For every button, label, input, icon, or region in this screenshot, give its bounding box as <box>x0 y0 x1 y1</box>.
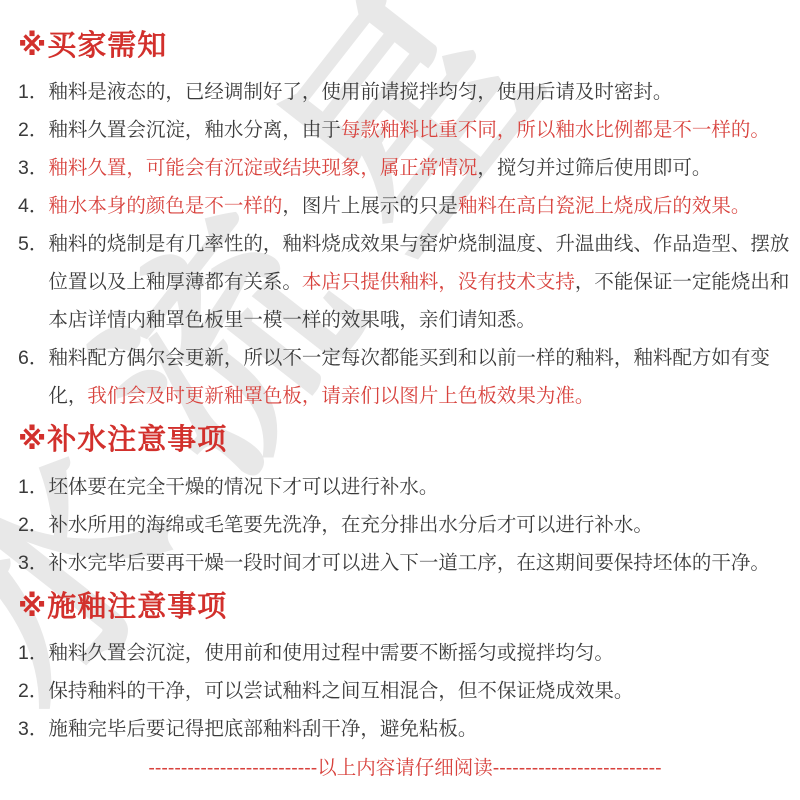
text-segment-red: 本店只提供釉料，没有技术支持 <box>302 271 575 293</box>
text-segment-red: 我们会及时更新釉罩色板，请亲们以图片上色板效果为准。 <box>87 385 594 407</box>
text-segment-red: 釉水本身的颜色是不一样的 <box>48 195 282 217</box>
notice-item: 5．釉料的烧制是有几率性的，釉料烧成效果与窑炉烧制温度、升温曲线、作品造型、摆放… <box>18 225 792 339</box>
notice-item: 3．施釉完毕后要记得把底部釉料刮干净，避免粘板。 <box>18 710 792 748</box>
text-segment-black: 补水完毕后要再干燥一段时间才可以进入下一道工序，在这期间要保持坯体的干净。 <box>48 552 770 574</box>
item-number: 2． <box>18 111 48 149</box>
text-segment-black: 釉料久置会沉淀，使用前和使用过程中需要不断摇匀或搅拌均匀。 <box>48 642 614 664</box>
item-text: 补水所用的海绵或毛笔要先洗净，在充分排出水分后才可以进行补水。 <box>48 506 792 544</box>
notice-item: 2．保持釉料的干净，可以尝试釉料之间互相混合，但不保证烧成效果。 <box>18 672 792 710</box>
item-number: 3． <box>18 710 48 748</box>
notice-item: 1．釉料久置会沉淀，使用前和使用过程中需要不断摇匀或搅拌均匀。 <box>18 634 792 672</box>
item-text: 保持釉料的干净，可以尝试釉料之间互相混合，但不保证烧成效果。 <box>48 672 792 710</box>
item-number: 1． <box>18 634 48 672</box>
item-text: 坯体要在完全干燥的情况下才可以进行补水。 <box>48 468 792 506</box>
item-number: 1． <box>18 73 48 111</box>
item-text: 釉料配方偶尔会更新，所以不一定每次都能买到和以前一样的釉料，釉料配方如有变化，我… <box>48 339 792 415</box>
buyers-notice-list: 1．釉料是液态的，已经调制好了，使用前请搅拌均匀，使用后请及时密封。2．釉料久置… <box>18 73 792 415</box>
item-number: 6． <box>18 339 48 377</box>
item-number: 2． <box>18 672 48 710</box>
item-number: 4． <box>18 187 48 225</box>
notice-item: 2．釉料久置会沉淀，釉水分离，由于每款釉料比重不同，所以釉水比例都是不一样的。 <box>18 111 792 149</box>
item-number: 5． <box>18 225 48 263</box>
item-number: 2． <box>18 506 48 544</box>
section-title-buyers-notice: ※买家需知 <box>18 30 792 63</box>
item-text: 施釉完毕后要记得把底部釉料刮干净，避免粘板。 <box>48 710 792 748</box>
text-segment-black: 保持釉料的干净，可以尝试釉料之间互相混合，但不保证烧成效果。 <box>48 680 633 702</box>
text-segment-black: 坯体要在完全干燥的情况下才可以进行补水。 <box>48 476 438 498</box>
text-segment-red: 每款釉料比重不同，所以釉水比例都是不一样的。 <box>341 119 770 141</box>
section-water-repair-notes: ※补水注意事项 1．坯体要在完全干燥的情况下才可以进行补水。2．补水所用的海绵或… <box>18 424 792 581</box>
section-title-glazing-notes: ※施釉注意事项 <box>18 591 792 624</box>
section-buyers-notice: ※买家需知 1．釉料是液态的，已经调制好了，使用前请搅拌均匀，使用后请及时密封。… <box>18 30 792 415</box>
item-number: 3． <box>18 544 48 582</box>
item-text: 釉料是液态的，已经调制好了，使用前请搅拌均匀，使用后请及时密封。 <box>48 73 792 111</box>
notice-item: 3．补水完毕后要再干燥一段时间才可以进入下一道工序，在这期间要保持坯体的干净。 <box>18 544 792 582</box>
text-segment-black: ，图片上展示的只是 <box>282 195 458 217</box>
water-repair-list: 1．坯体要在完全干燥的情况下才可以进行补水。2．补水所用的海绵或毛笔要先洗净，在… <box>18 468 792 582</box>
item-text: 釉水本身的颜色是不一样的，图片上展示的只是釉料在高白瓷泥上烧成后的效果。 <box>48 187 792 225</box>
section-glazing-notes: ※施釉注意事项 1．釉料久置会沉淀，使用前和使用过程中需要不断摇匀或搅拌均匀。2… <box>18 591 792 748</box>
notice-item: 2．补水所用的海绵或毛笔要先洗净，在充分排出水分后才可以进行补水。 <box>18 506 792 544</box>
text-segment-black: 釉料久置会沉淀，釉水分离，由于 <box>48 119 341 141</box>
text-segment-red: 釉料久置，可能会有沉淀或结块现象，属正常情况 <box>48 157 477 179</box>
item-text: 釉料久置会沉淀，釉水分离，由于每款釉料比重不同，所以釉水比例都是不一样的。 <box>48 111 792 149</box>
item-number: 3． <box>18 149 48 187</box>
text-segment-black: 施釉完毕后要记得把底部釉料刮干净，避免粘板。 <box>48 718 477 740</box>
item-text: 釉料久置，可能会有沉淀或结块现象，属正常情况，搅匀并过筛后使用即可。 <box>48 149 792 187</box>
text-segment-black: 补水所用的海绵或毛笔要先洗净，在充分排出水分后才可以进行补水。 <box>48 514 653 536</box>
section-title-water-repair-notes: ※补水注意事项 <box>18 424 792 457</box>
notice-item: 1．釉料是液态的，已经调制好了，使用前请搅拌均匀，使用后请及时密封。 <box>18 73 792 111</box>
footer-read-carefully-line: --------------------------以上内容请仔细阅读-----… <box>18 748 792 788</box>
text-segment-black: 釉料是液态的，已经调制好了，使用前请搅拌均匀，使用后请及时密封。 <box>48 81 672 103</box>
notice-document: ※买家需知 1．釉料是液态的，已经调制好了，使用前请搅拌均匀，使用后请及时密封。… <box>0 0 800 788</box>
notice-item: 6．釉料配方偶尔会更新，所以不一定每次都能买到和以前一样的釉料，釉料配方如有变化… <box>18 339 792 415</box>
notice-item: 4．釉水本身的颜色是不一样的，图片上展示的只是釉料在高白瓷泥上烧成后的效果。 <box>18 187 792 225</box>
item-text: 釉料的烧制是有几率性的，釉料烧成效果与窑炉烧制温度、升温曲线、作品造型、摆放位置… <box>48 225 792 339</box>
notice-item: 3．釉料久置，可能会有沉淀或结块现象，属正常情况，搅匀并过筛后使用即可。 <box>18 149 792 187</box>
text-segment-black: ，搅匀并过筛后使用即可。 <box>477 157 711 179</box>
item-number: 1． <box>18 468 48 506</box>
item-text: 釉料久置会沉淀，使用前和使用过程中需要不断摇匀或搅拌均匀。 <box>48 634 792 672</box>
item-text: 补水完毕后要再干燥一段时间才可以进入下一道工序，在这期间要保持坯体的干净。 <box>48 544 792 582</box>
text-segment-red: 釉料在高白瓷泥上烧成后的效果。 <box>458 195 751 217</box>
glazing-list: 1．釉料久置会沉淀，使用前和使用过程中需要不断摇匀或搅拌均匀。2．保持釉料的干净… <box>18 634 792 748</box>
notice-item: 1．坯体要在完全干燥的情况下才可以进行补水。 <box>18 468 792 506</box>
